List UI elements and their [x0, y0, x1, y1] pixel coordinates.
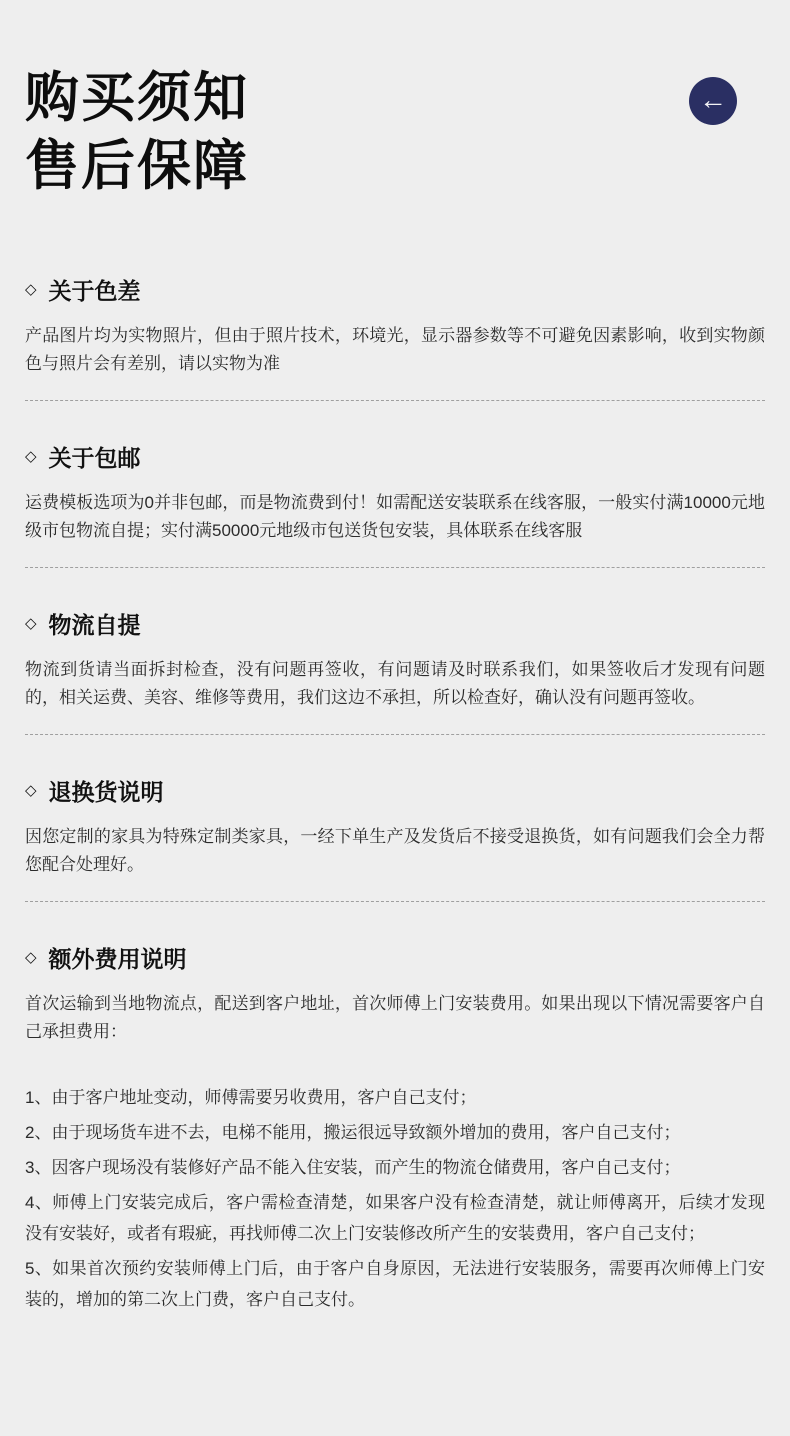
page-title: 购买须知 售后保障 [25, 64, 765, 200]
diamond-icon: ◇ [25, 442, 37, 472]
page-title-line1: 购买须知 [25, 64, 765, 132]
section-extra-fees: ◇ 额外费用说明 首次运输到当地物流点，配送到客户地址，首次师傅上门安装费用。如… [25, 944, 765, 1315]
page-title-line2: 售后保障 [25, 132, 765, 200]
diamond-icon: ◇ [25, 776, 37, 806]
section-title-text: 额外费用说明 [49, 944, 187, 974]
section-paragraph: 因您定制的家具为特殊定制类家具，一经下单生产及发货后不接受退换货，如有问题我们会… [25, 823, 765, 879]
diamond-icon: ◇ [25, 275, 37, 305]
arrow-left-icon: ← [699, 86, 727, 114]
diamond-icon: ◇ [25, 943, 37, 973]
list-item: 1、由于客户地址变动，师傅需要另收费用，客户自己支付； [25, 1082, 765, 1113]
dashed-divider [25, 734, 765, 735]
section-paragraph: 物流到货请当面拆封检查，没有问题再签收，有问题请及时联系我们，如果签收后才发现有… [25, 656, 765, 712]
section-title-text: 关于包邮 [49, 443, 141, 473]
section-logistics-pickup: ◇ 物流自提 物流到货请当面拆封检查，没有问题再签收，有问题请及时联系我们，如果… [25, 610, 765, 712]
extra-fee-list: 1、由于客户地址变动，师傅需要另收费用，客户自己支付； 2、由于现场货车进不去，… [25, 1082, 765, 1315]
section-return-policy: ◇ 退换货说明 因您定制的家具为特殊定制类家具，一经下单生产及发货后不接受退换货… [25, 777, 765, 879]
dashed-divider [25, 901, 765, 902]
section-heading: ◇ 退换货说明 [25, 777, 765, 807]
section-color-difference: ◇ 关于色差 产品图片均为实物照片，但由于照片技术，环境光，显示器参数等不可避免… [25, 276, 765, 378]
list-item: 4、师傅上门安装完成后，客户需检查清楚，如果客户没有检查清楚，就让师傅离开，后续… [25, 1187, 765, 1249]
list-item: 5、如果首次预约安装师傅上门后，由于客户自身原因，无法进行安装服务，需要再次师傅… [25, 1253, 765, 1315]
section-title-text: 关于色差 [49, 276, 141, 306]
back-button[interactable]: ← [689, 77, 737, 125]
purchase-notes-page: 购买须知 售后保障 ← ◇ 关于色差 产品图片均为实物照片，但由于照片技术，环境… [0, 0, 790, 1436]
section-heading: ◇ 关于色差 [25, 276, 765, 306]
section-paragraph: 运费模板选项为0并非包邮，而是物流费到付！如需配送安装联系在线客服，一般实付满1… [25, 489, 765, 545]
section-free-shipping: ◇ 关于包邮 运费模板选项为0并非包邮，而是物流费到付！如需配送安装联系在线客服… [25, 443, 765, 545]
section-heading: ◇ 物流自提 [25, 610, 765, 640]
section-title-text: 物流自提 [49, 610, 141, 640]
section-heading: ◇ 关于包邮 [25, 443, 765, 473]
dashed-divider [25, 567, 765, 568]
sections-container: ◇ 关于色差 产品图片均为实物照片，但由于照片技术，环境光，显示器参数等不可避免… [25, 276, 765, 1315]
list-item: 2、由于现场货车进不去，电梯不能用，搬运很远导致额外增加的费用，客户自己支付； [25, 1117, 765, 1148]
dashed-divider [25, 400, 765, 401]
diamond-icon: ◇ [25, 609, 37, 639]
section-paragraph: 产品图片均为实物照片，但由于照片技术，环境光，显示器参数等不可避免因素影响，收到… [25, 322, 765, 378]
section-title-text: 退换货说明 [49, 777, 164, 807]
list-item: 3、因客户现场没有装修好产品不能入住安装，而产生的物流仓储费用，客户自己支付； [25, 1152, 765, 1183]
section-paragraph: 首次运输到当地物流点，配送到客户地址，首次师傅上门安装费用。如果出现以下情况需要… [25, 990, 765, 1046]
page-header: 购买须知 售后保障 [25, 0, 765, 200]
section-heading: ◇ 额外费用说明 [25, 944, 765, 974]
